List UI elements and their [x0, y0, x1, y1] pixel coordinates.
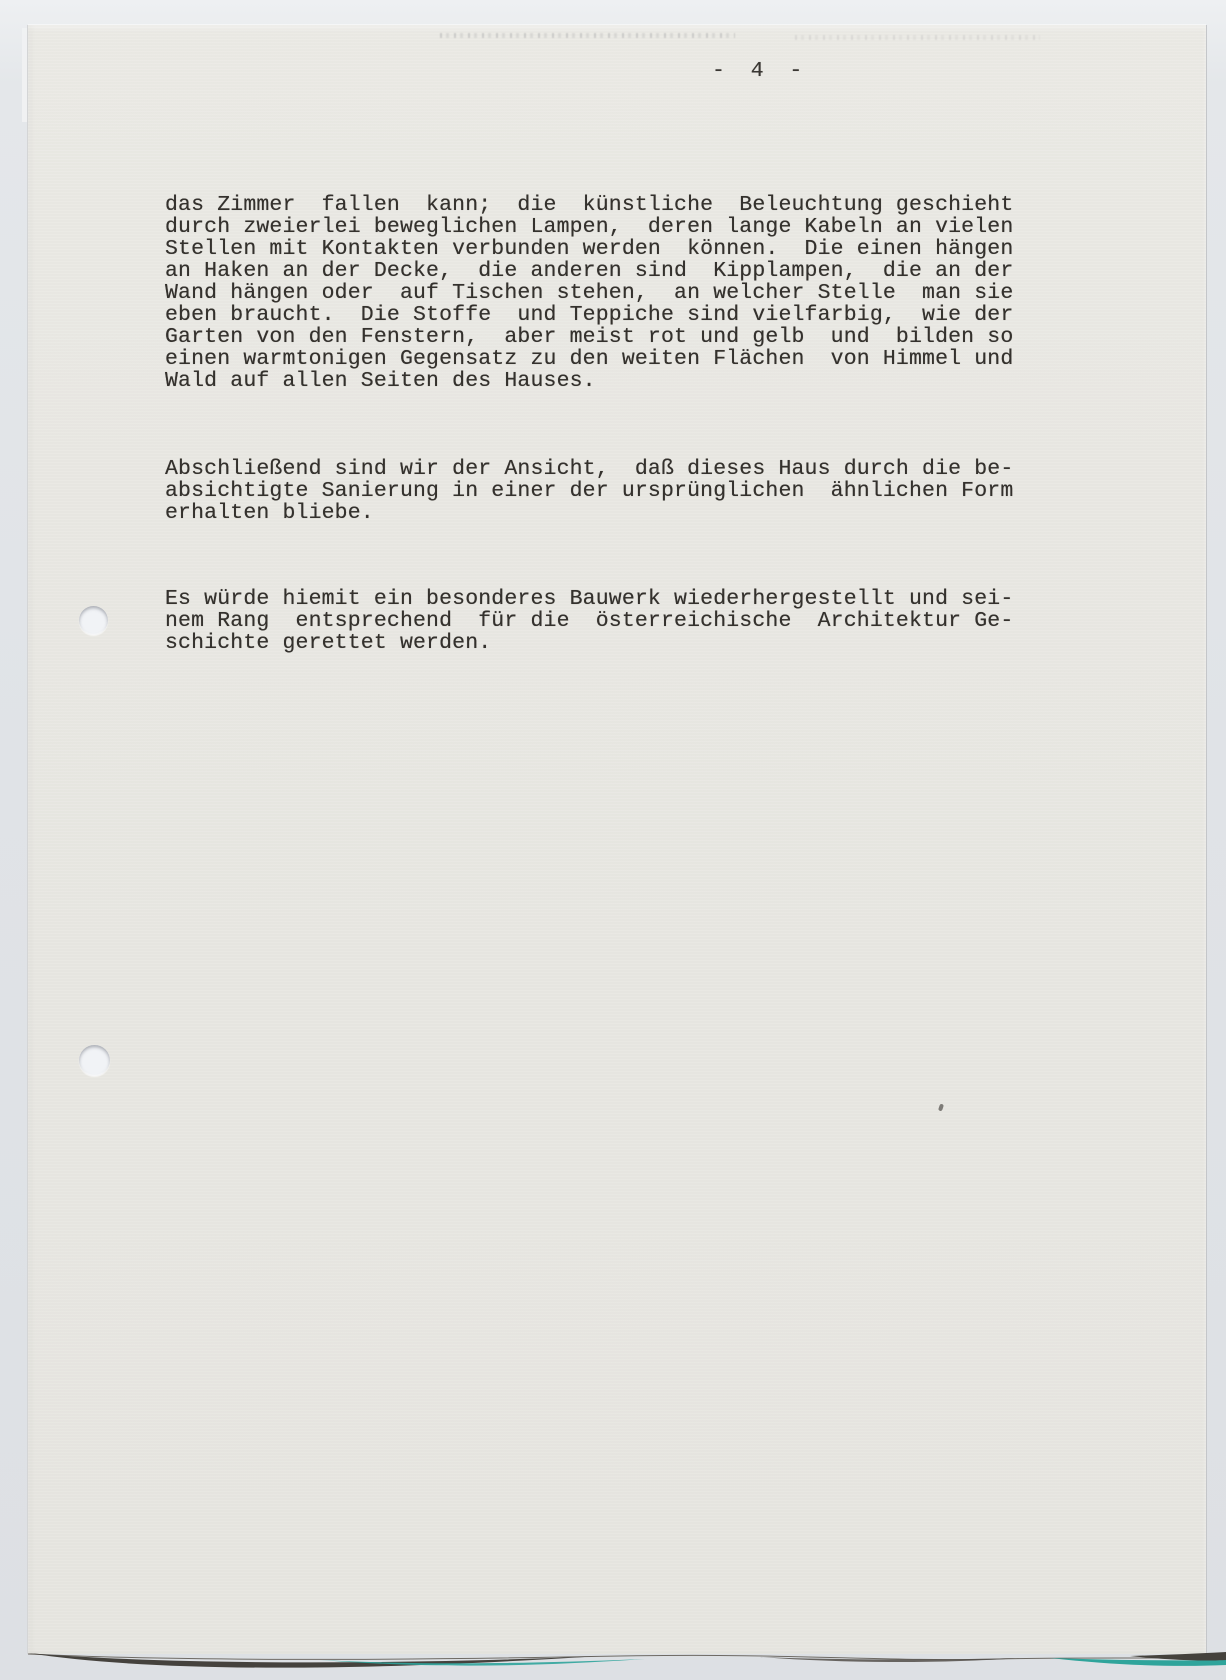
punch-hole-bottom: [79, 1045, 110, 1076]
scanned-document: - 4 - das Zimmer fallen kann; die künstl…: [0, 0, 1226, 1680]
bleedthrough-marks: [795, 35, 1040, 40]
paper-bottom-edge-shadow: [0, 1640, 1226, 1680]
paragraph-lighting-and-colors: das Zimmer fallen kann; die künstliche B…: [165, 194, 1013, 392]
bleedthrough-marks: [440, 33, 735, 38]
page-number: - 4 -: [712, 60, 802, 82]
paragraph-closing-statement: Es würde hiemit ein besonderes Bauwerk w…: [165, 588, 1013, 654]
paragraph-conclusion-sanierung: Abschließend sind wir der Ansicht, daß d…: [165, 458, 1013, 524]
punch-hole-top: [79, 606, 108, 635]
body-text: das Zimmer fallen kann; die künstliche B…: [165, 150, 1013, 698]
